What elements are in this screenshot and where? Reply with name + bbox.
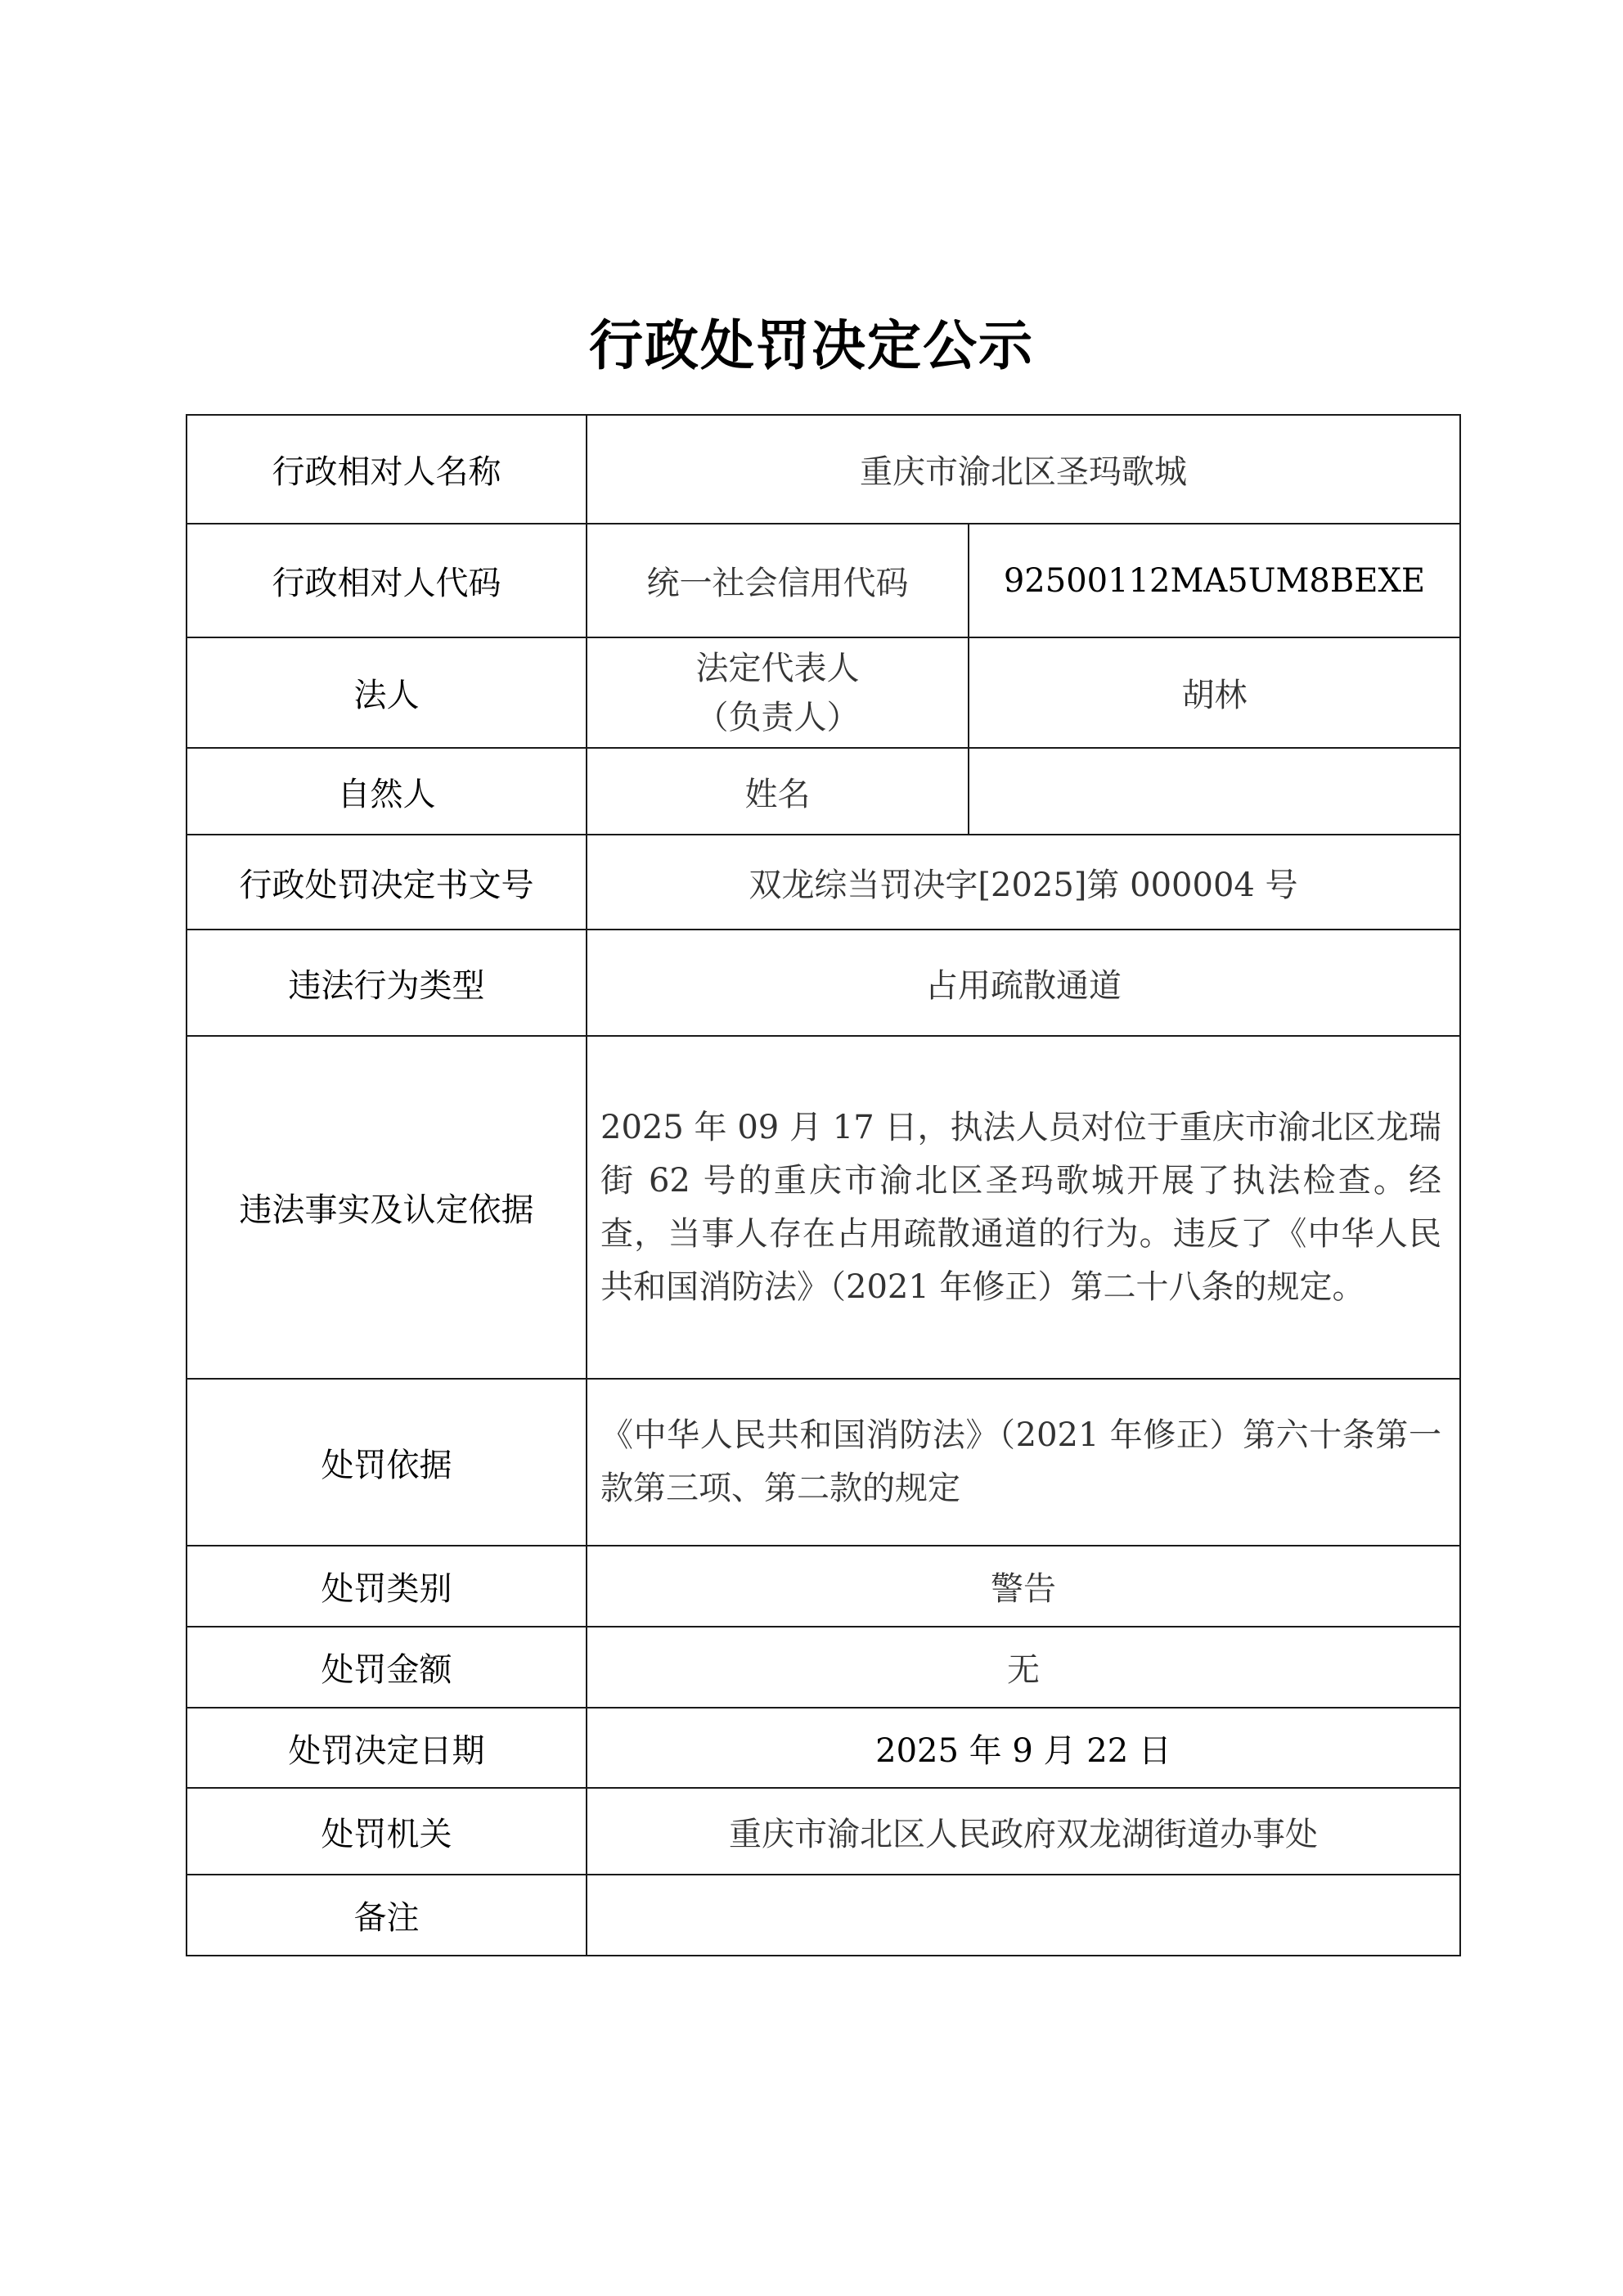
table-row-violation-type: 违法行为类型 占用疏散通道 [187, 930, 1460, 1036]
penalty-type-value: 警告 [587, 1546, 1460, 1627]
table-row-remarks: 备注 [187, 1875, 1460, 1956]
table-row-party-name: 行政相对人名称 重庆市渝北区圣玛歌城 [187, 415, 1460, 524]
table-row-facts: 违法事实及认定依据 2025 年 09 月 17 日，执法人员对位于重庆市渝北区… [187, 1036, 1460, 1379]
table-row-decision-number: 行政处罚决定书文号 双龙综当罚决字[2025]第 000004 号 [187, 835, 1460, 930]
credit-code-label: 统一社会信用代码 [587, 524, 969, 637]
remarks-label: 备注 [187, 1875, 587, 1956]
penalty-type-label: 处罚类别 [187, 1546, 587, 1627]
table-row-authority: 处罚机关 重庆市渝北区人民政府双龙湖街道办事处 [187, 1788, 1460, 1875]
legal-representative-label: 法定代表人 （负责人） [587, 637, 969, 748]
penalty-disclosure-table: 行政相对人名称 重庆市渝北区圣玛歌城 行政相对人代码 统一社会信用代码 9250… [186, 414, 1461, 1956]
table-row-penalty-type: 处罚类别 警告 [187, 1546, 1460, 1627]
natural-person-name-value [969, 748, 1460, 835]
remarks-value [587, 1875, 1460, 1956]
legal-representative-value: 胡林 [969, 637, 1460, 748]
violation-type-label: 违法行为类型 [187, 930, 587, 1036]
legal-representative-label-line1: 法定代表人 [587, 644, 968, 693]
penalty-basis-label: 处罚依据 [187, 1379, 587, 1546]
penalty-amount-label: 处罚金额 [187, 1627, 587, 1708]
penalty-amount-value: 无 [587, 1627, 1460, 1708]
table-row-natural-person: 自然人 姓名 [187, 748, 1460, 835]
authority-label: 处罚机关 [187, 1788, 587, 1875]
violation-type-value: 占用疏散通道 [587, 930, 1460, 1036]
table-row-party-code: 行政相对人代码 统一社会信用代码 92500112MA5UM8BEXE [187, 524, 1460, 637]
natural-person-name-label: 姓名 [587, 748, 969, 835]
credit-code-value: 92500112MA5UM8BEXE [969, 524, 1460, 637]
table-row-legal-person: 法人 法定代表人 （负责人） 胡林 [187, 637, 1460, 748]
authority-value: 重庆市渝北区人民政府双龙湖街道办事处 [587, 1788, 1460, 1875]
table-row-penalty-basis: 处罚依据 《中华人民共和国消防法》（2021 年修正）第六十条第一款第三项、第二… [187, 1379, 1460, 1546]
decision-date-label: 处罚决定日期 [187, 1708, 587, 1788]
penalty-basis-value: 《中华人民共和国消防法》（2021 年修正）第六十条第一款第三项、第二款的规定 [587, 1379, 1460, 1546]
table-row-decision-date: 处罚决定日期 2025 年 9 月 22 日 [187, 1708, 1460, 1788]
natural-person-label: 自然人 [187, 748, 587, 835]
decision-date-value: 2025 年 9 月 22 日 [587, 1708, 1460, 1788]
facts-label: 违法事实及认定依据 [187, 1036, 587, 1379]
party-code-label: 行政相对人代码 [187, 524, 587, 637]
party-name-label: 行政相对人名称 [187, 415, 587, 524]
facts-value: 2025 年 09 月 17 日，执法人员对位于重庆市渝北区龙瑞街 62 号的重… [587, 1036, 1460, 1379]
decision-number-value: 双龙综当罚决字[2025]第 000004 号 [587, 835, 1460, 930]
table-row-penalty-amount: 处罚金额 无 [187, 1627, 1460, 1708]
document-title: 行政处罚决定公示 [0, 304, 1623, 386]
decision-number-label: 行政处罚决定书文号 [187, 835, 587, 930]
legal-representative-label-line2: （负责人） [587, 693, 968, 742]
party-name-value: 重庆市渝北区圣玛歌城 [587, 415, 1460, 524]
legal-person-label: 法人 [187, 637, 587, 748]
